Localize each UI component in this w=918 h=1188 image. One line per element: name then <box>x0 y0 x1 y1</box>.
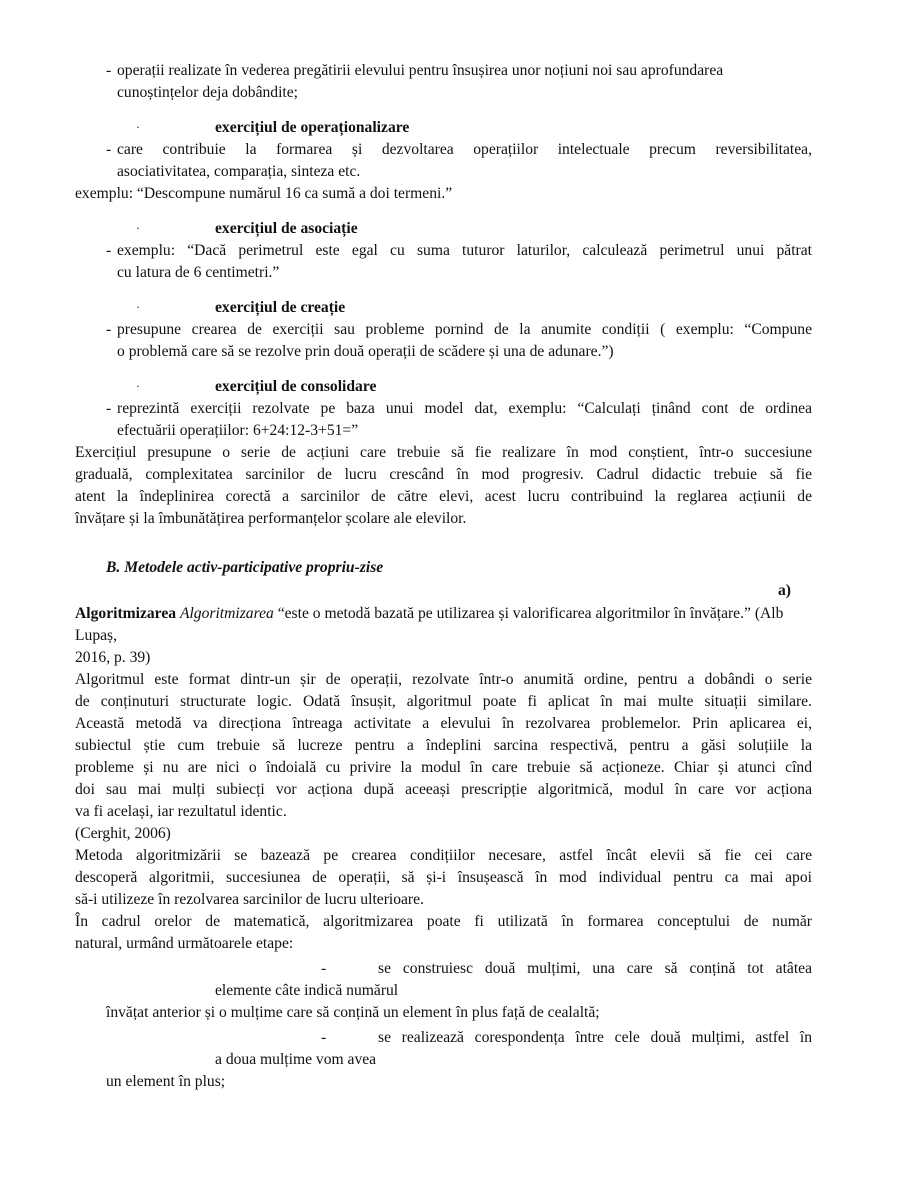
section-heading: exercițiul de asociație <box>215 218 358 240</box>
step-dash: - <box>321 1027 326 1049</box>
paragraph-line: doi sau mai mulți subiecți vor acționa d… <box>75 779 812 801</box>
section-b-title: B. Metodele activ-participative propriu-… <box>106 557 383 579</box>
section-heading: exercițiul de creație <box>215 297 345 319</box>
paragraph-line: Algoritmul este format dintr-un șir de o… <box>75 669 812 691</box>
algoritmizarea-definition: Algoritmizarea Algoritmizarea “este o me… <box>75 603 783 625</box>
list-dash: - <box>106 240 111 262</box>
bullet-dot: · <box>136 297 140 319</box>
paragraph-line: descoperă algoritmii, succesiunea de ope… <box>75 867 812 889</box>
section-heading: exercițiul de operaționalizare <box>215 117 409 139</box>
section-desc: reprezintă exerciții rezolvate pe baza u… <box>117 398 812 420</box>
list-dash: - <box>106 398 111 420</box>
bullet-dot: · <box>136 218 140 240</box>
paragraph-line: de conținuturi structurate logic. Odată … <box>75 691 812 713</box>
paragraph-line: natural, urmând următoarele etape: <box>75 933 293 955</box>
step-dash: - <box>321 958 326 980</box>
step-line: învățat anterior și o mulțime care să co… <box>106 1002 600 1024</box>
citation-line: (Cerghit, 2006) <box>75 823 171 845</box>
section-desc: presupune crearea de exerciții sau probl… <box>117 319 812 341</box>
paragraph-line: Această metodă va direcționa întreaga ac… <box>75 713 812 735</box>
section-desc: o problemă care să se rezolve prin două … <box>117 341 614 363</box>
section-desc: exemplu: “Dacă perimetrul este egal cu s… <box>117 240 812 262</box>
list-item-text: cunoștințelor deja dobândite; <box>117 82 298 104</box>
paragraph-line: să-i utilizeze în rezolvarea sarcinilor … <box>75 889 424 911</box>
paragraph-line: învățare și la îmbunătățirea performanțe… <box>75 508 466 530</box>
section-desc: care contribuie la formarea și dezvoltar… <box>117 139 812 161</box>
definition-quote: “este o metodă bazată pe utilizarea și v… <box>274 605 784 622</box>
list-dash: - <box>106 319 111 341</box>
paragraph-line: subiectul știe cum trebuie să lucreze pe… <box>75 735 812 757</box>
section-desc: cu latura de 6 centimetri.” <box>117 262 279 284</box>
step-line: un element în plus; <box>106 1071 225 1093</box>
section-example: exemplu: “Descompune numărul 16 ca sumă … <box>75 183 452 205</box>
section-heading: exercițiul de consolidare <box>215 376 376 398</box>
bullet-dot: · <box>136 117 140 139</box>
step-line: se construiesc două mulțimi, una care să… <box>378 958 812 980</box>
list-item-text: operații realizate în vederea pregătirii… <box>117 60 723 82</box>
paragraph-line: Metoda algoritmizării se bazează pe crea… <box>75 845 812 867</box>
list-dash: - <box>106 60 111 82</box>
paragraph-line: În cadrul orelor de matematică, algoritm… <box>75 911 812 933</box>
citation-line: 2016, p. 39) <box>75 647 150 669</box>
paragraph-line: probleme și nu are nici o îndoială cu pr… <box>75 757 812 779</box>
step-line: se realizează corespondența între cele d… <box>378 1027 812 1049</box>
term-bold: Algoritmizarea <box>75 605 176 622</box>
item-marker: a) <box>778 580 791 602</box>
term-italic: Algoritmizarea <box>180 605 274 622</box>
step-line: a doua mulțime vom avea <box>215 1049 376 1071</box>
citation-line: Lupaș, <box>75 625 117 647</box>
paragraph-line: atent la îndeplinirea corectă a sarcinil… <box>75 486 812 508</box>
paragraph-line: graduală, complexitatea sarcinilor de lu… <box>75 464 812 486</box>
section-desc: efectuării operațiilor: 6+24:12-3+51=” <box>117 420 358 442</box>
section-desc: asociativitatea, comparația, sinteza etc… <box>117 161 360 183</box>
paragraph-line: Exercițiul presupune o serie de acțiuni … <box>75 442 812 464</box>
bullet-dot: · <box>136 376 140 398</box>
list-dash: - <box>106 139 111 161</box>
paragraph-line: va fi același, iar rezultatul identic. <box>75 801 287 823</box>
step-line: elemente câte indică numărul <box>215 980 398 1002</box>
